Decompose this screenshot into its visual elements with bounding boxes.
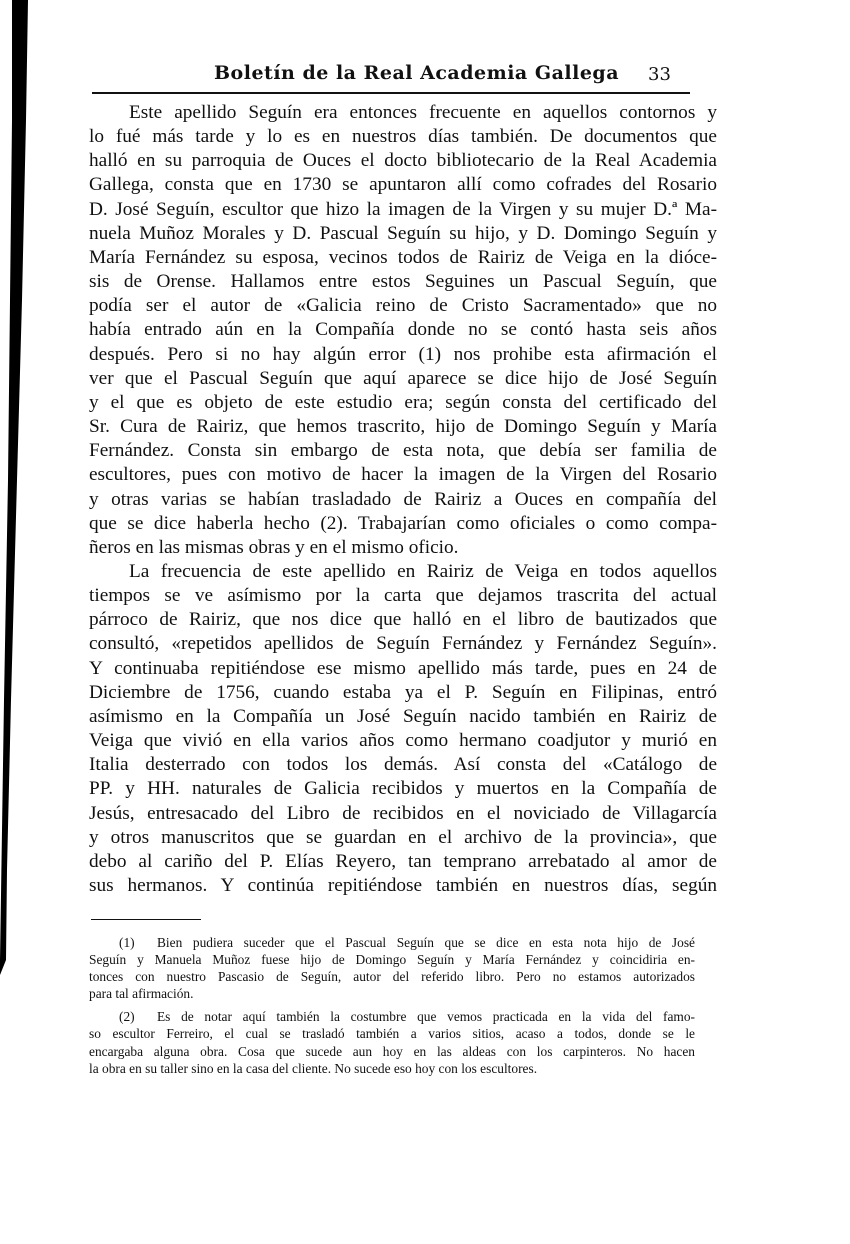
- text-line: que se dice haberla hecho (2). Trabajarí…: [89, 512, 717, 536]
- text-line: asímismo en la Compañía un José Seguín n…: [89, 705, 717, 729]
- scan-edge-shadow: [0, 0, 30, 975]
- text-line: había entrado aún en la Compañía donde n…: [89, 318, 717, 342]
- text-line: párroco de Rairiz, que nos dice que hall…: [89, 608, 717, 632]
- text-line: La frecuencia de este apellido en Rairiz…: [89, 560, 717, 584]
- text-line: consultó, «repetidos apellidos de Seguín…: [89, 632, 717, 656]
- footnote-line: so escultor Ferreiro, el cual se traslad…: [89, 1025, 695, 1042]
- text-line: PP. y HH. naturales de Galicia recibidos…: [89, 777, 717, 801]
- footnote-line: (2)Es de notar aquí también la costumbre…: [89, 1008, 695, 1025]
- text-line: D. José Seguín, escultor que hizo la ima…: [89, 198, 717, 222]
- text-line: Gallega, consta que en 1730 se apuntaron…: [89, 173, 717, 197]
- text-line: debo al cariño del P. Elías Reyero, tan …: [89, 850, 717, 874]
- text-line: después. Pero si no hay algún error (1) …: [89, 343, 717, 367]
- text-line: lo fué más tarde y lo es en nuestros día…: [89, 125, 717, 149]
- text-line: podía ser el autor de «Galicia reino de …: [89, 294, 717, 318]
- text-line: María Fernández su esposa, vecinos todos…: [89, 246, 717, 270]
- text-line: sus hermanos. Y continúa repitiéndose ta…: [89, 874, 717, 898]
- footnote-line: para tal afirmación.: [89, 985, 695, 1002]
- text-line: sis de Orense. Hallamos entre estos Segu…: [89, 270, 717, 294]
- footnote-text: Es de notar aquí también la costumbre qu…: [157, 1009, 695, 1024]
- text-line: y el que es objeto de este estudio era; …: [89, 391, 717, 415]
- footnote-line: tonces con nuestro Pascasio de Seguín, a…: [89, 968, 695, 985]
- text-line: Diciembre de 1756, cuando estaba ya el P…: [89, 681, 717, 705]
- text-line: Sr. Cura de Rairiz, que hemos trascrito,…: [89, 415, 717, 439]
- footnotes: (1)Bien pudiera suceder que el Pascual S…: [89, 934, 695, 1083]
- footnote-line: encargaba alguna obra. Cosa que sucede a…: [89, 1043, 695, 1060]
- body-text: Este apellido Seguín era entonces frecue…: [89, 101, 717, 898]
- text-line: nuela Muñoz Morales y D. Pascual Seguín …: [89, 222, 717, 246]
- footnote-text: Bien pudiera suceder que el Pascual Segu…: [157, 935, 695, 950]
- page-header: Boletín de la Real Academia Gallega 33: [92, 60, 692, 90]
- text-line: Y continuaba repitiéndose ese mismo apel…: [89, 657, 717, 681]
- text-line: halló en su parroquia de Ouces el docto …: [89, 149, 717, 173]
- text-line: Veiga que vivió en ella varios años como…: [89, 729, 717, 753]
- text-line: escultores, pues con motivo de hacer la …: [89, 463, 717, 487]
- text-line: Jesús, entresacado del Libro de recibido…: [89, 802, 717, 826]
- text-line: Este apellido Seguín era entonces frecue…: [89, 101, 717, 125]
- text-line: Italia desterrado con todos los demás. A…: [89, 753, 717, 777]
- text-line: ver que el Pascual Seguín que aquí apare…: [89, 367, 717, 391]
- footnote-separator: [91, 919, 201, 920]
- footnote-1: (1)Bien pudiera suceder que el Pascual S…: [89, 934, 695, 1002]
- text-line: y otras varias se habían trasladado de R…: [89, 488, 717, 512]
- text-line: tiempos se ve asímismo por la carta que …: [89, 584, 717, 608]
- footnote-marker: (2): [119, 1008, 157, 1025]
- text-line: Fernández. Consta sin embargo de esta no…: [89, 439, 717, 463]
- running-title: Boletín de la Real Academia Gallega: [214, 62, 619, 84]
- footnote-2: (2)Es de notar aquí también la costumbre…: [89, 1008, 695, 1076]
- footnote-line: Seguín y Manuela Muñoz fuese hijo de Dom…: [89, 951, 695, 968]
- page-number: 33: [648, 64, 671, 85]
- footnote-line: (1)Bien pudiera suceder que el Pascual S…: [89, 934, 695, 951]
- header-rule: [92, 92, 690, 94]
- text-line: ñeros en las mismas obras y en el mismo …: [89, 536, 717, 560]
- footnote-marker: (1): [119, 934, 157, 951]
- text-line: y otros manuscritos que se guardan en el…: [89, 826, 717, 850]
- footnote-line: la obra en su taller sino en la casa del…: [89, 1060, 695, 1077]
